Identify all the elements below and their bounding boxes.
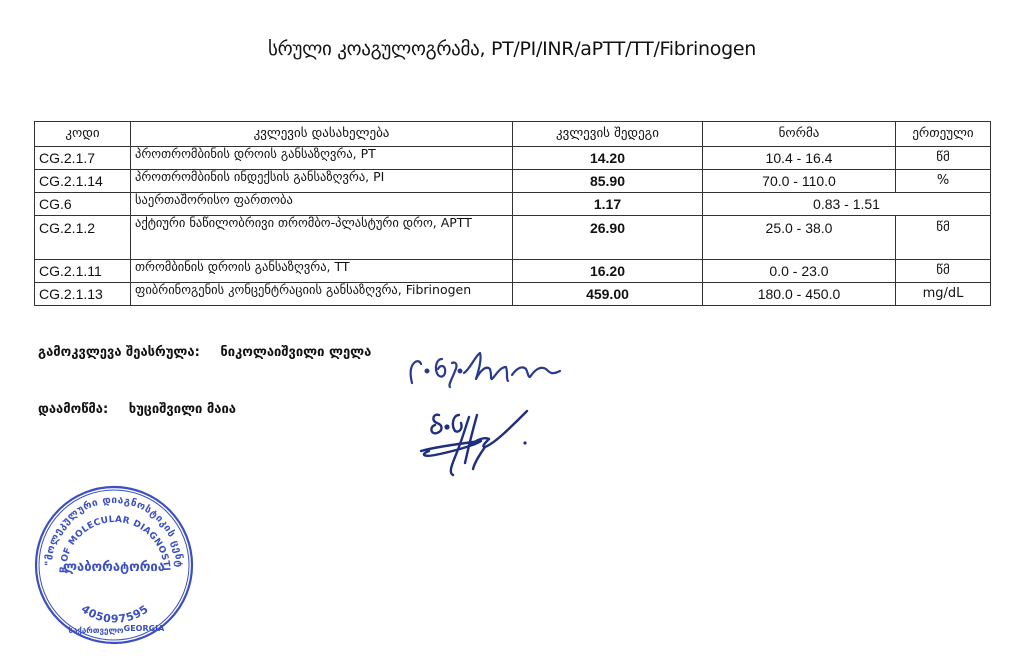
verified-by-label: დაამოწმა: xyxy=(38,402,108,417)
stamp-country-en: GEORGIA xyxy=(124,624,166,633)
row-norm: 25.0 - 38.0 xyxy=(703,216,896,260)
row-norm: 10.4 - 16.4 xyxy=(703,147,896,170)
row-unit: წმ xyxy=(896,216,991,260)
table-row: CG.2.1.13 ფიბრინოგენის კონცენტრაციის გან… xyxy=(35,283,991,306)
row-code: CG.2.1.11 xyxy=(35,260,131,283)
row-unit: წმ xyxy=(896,260,991,283)
row-code: CG.2.1.2 xyxy=(35,216,131,260)
row-norm: 0.0 - 23.0 xyxy=(703,260,896,283)
row-result: 85.90 xyxy=(513,170,703,193)
header-norm: ნორმა xyxy=(703,122,896,147)
row-name: პროთრომბინის დროის განსაზღვრა, PT xyxy=(131,147,513,170)
row-result: 1.17 xyxy=(513,193,703,216)
row-result: 14.20 xyxy=(513,147,703,170)
table-row: CG.2.1.14 პროთრომბინის ინდექსის განსაზღვ… xyxy=(35,170,991,193)
row-unit: % xyxy=(896,170,991,193)
laboratory-stamp: შპს "მოლეკულური დიაგნოსტიკის ცენტრი" "CE… xyxy=(32,483,197,648)
row-name: ფიბრინოგენის კონცენტრაციის განსაზღვრა, F… xyxy=(131,283,513,306)
stamp-country-ka: საქართველო xyxy=(68,625,124,635)
table-row: CG.2.1.11 თრომბინის დროის განსაზღვრა, TT… xyxy=(35,260,991,283)
header-result: კვლევის შედეგი xyxy=(513,122,703,147)
row-result: 16.20 xyxy=(513,260,703,283)
verified-by-line: დაამოწმა: ხუციშვილი მაია xyxy=(38,402,236,417)
performed-by-name: ნიკოლაიშვილი ლელა xyxy=(220,345,371,360)
row-name: თრომბინის დროის განსაზღვრა, TT xyxy=(131,260,513,283)
stamp-id-number: 405097595 xyxy=(79,602,151,625)
table-row: CG.2.1.2 აქტიური ნაწილობრივი თრომბო-პლას… xyxy=(35,216,991,260)
row-norm: 0.83 - 1.51 xyxy=(703,193,991,216)
performed-by-label: გამოკვლევა შეასრულა: xyxy=(38,345,200,360)
header-unit: ერთეული xyxy=(896,122,991,147)
row-result: 459.00 xyxy=(513,283,703,306)
results-table: კოდი კვლევის დასახელება კვლევის შედეგი ნ… xyxy=(34,121,991,306)
table-row: CG.6 საერთაშორისო ფართობა 1.17 0.83 - 1.… xyxy=(35,193,991,216)
row-norm: 180.0 - 450.0 xyxy=(703,283,896,306)
table-row: CG.2.1.7 პროთრომბინის დროის განსაზღვრა, … xyxy=(35,147,991,170)
row-name: აქტიური ნაწილობრივი თრომბო-პლასტური დრო,… xyxy=(131,216,513,260)
row-norm: 70.0 - 110.0 xyxy=(703,170,896,193)
stamp-center-text: ლაბორატორია xyxy=(63,560,165,575)
document-title: სრული კოაგულოგრამა, PT/PI/INR/aPTT/TT/Fi… xyxy=(0,38,1024,60)
table-header-row: კოდი კვლევის დასახელება კვლევის შედეგი ნ… xyxy=(35,122,991,147)
row-code: CG.2.1.13 xyxy=(35,283,131,306)
row-name: საერთაშორისო ფართობა xyxy=(131,193,513,216)
row-result: 26.90 xyxy=(513,216,703,260)
signature-verified xyxy=(415,405,545,480)
verified-by-name: ხუციშვილი მაია xyxy=(129,402,236,417)
signature-performed xyxy=(400,345,570,400)
performed-by-line: გამოკვლევა შეასრულა: ნიკოლაიშვილი ლელა xyxy=(38,345,371,360)
row-unit: წმ xyxy=(896,147,991,170)
row-code: CG.2.1.14 xyxy=(35,170,131,193)
row-code: CG.2.1.7 xyxy=(35,147,131,170)
row-code: CG.6 xyxy=(35,193,131,216)
row-unit: mg/dL xyxy=(896,283,991,306)
header-name: კვლევის დასახელება xyxy=(131,122,513,147)
row-name: პროთრომბინის ინდექსის განსაზღვრა, PI xyxy=(131,170,513,193)
header-code: კოდი xyxy=(35,122,131,147)
svg-text:405097595: 405097595 xyxy=(79,602,151,625)
